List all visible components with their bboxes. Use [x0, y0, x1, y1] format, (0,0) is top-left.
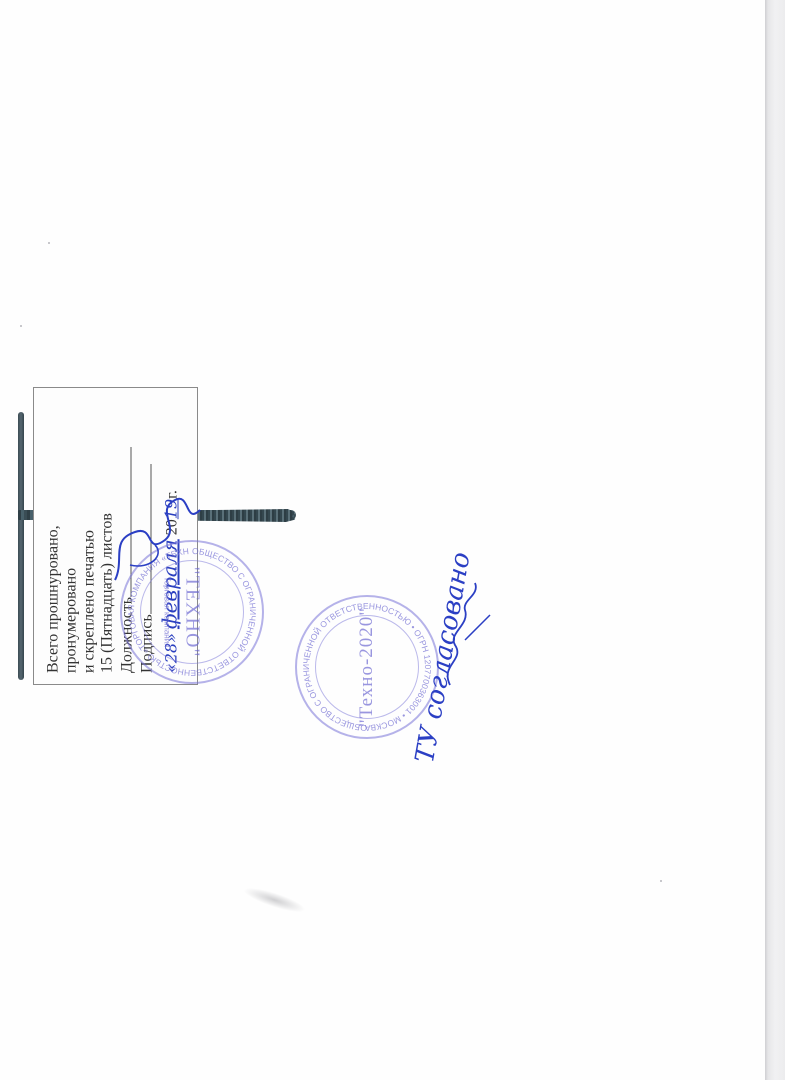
signature-on-label [95, 470, 215, 600]
scan-smudge [241, 883, 307, 916]
scan-speck [20, 325, 22, 327]
binding-thread-vertical [18, 412, 24, 680]
scanned-page: Всего прошнуровано, пронумеровано и скре… [0, 0, 785, 1080]
scan-speck [660, 880, 662, 882]
scan-speck [48, 242, 50, 244]
stamp-center-text: "Техно-2020" [356, 607, 378, 727]
label-line: пронумеровано [62, 397, 80, 673]
label-line: Всего прошнуровано, [44, 397, 62, 673]
scan-edge-shadow [765, 0, 785, 1080]
